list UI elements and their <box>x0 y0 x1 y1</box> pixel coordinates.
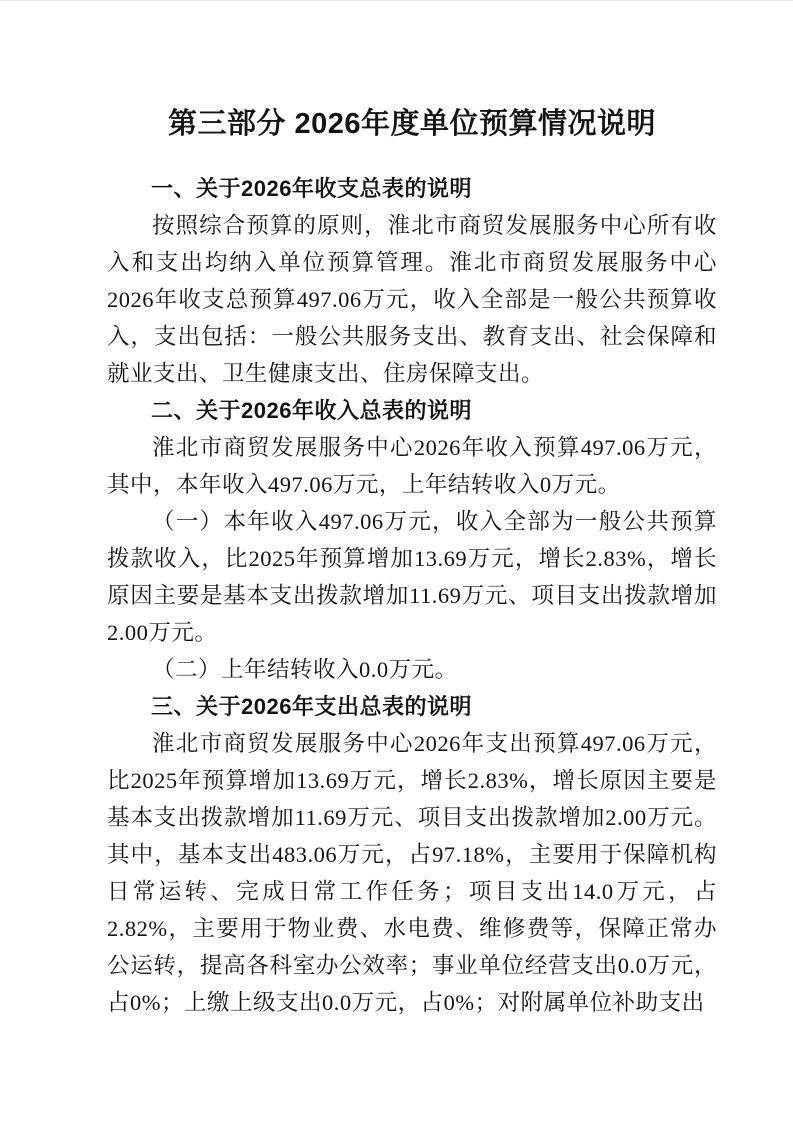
section-3-paragraph-1: 淮北市商贸发展服务中心2026年支出预算497.06万元，比2025年预算增加1… <box>107 725 717 1021</box>
document-page: 第三部分 2026年度单位预算情况说明 一、关于2026年收支总表的说明 按照综… <box>0 0 793 1122</box>
section-2-heading: 二、关于2026年收入总表的说明 <box>107 392 717 429</box>
section-income-expense-summary: 一、关于2026年收支总表的说明 按照综合预算的原则，淮北市商贸发展服务中心所有… <box>107 170 717 392</box>
section-income-summary: 二、关于2026年收入总表的说明 淮北市商贸发展服务中心2026年收入预算497… <box>107 392 717 688</box>
section-1-paragraph-1: 按照综合预算的原则，淮北市商贸发展服务中心所有收入和支出均纳入单位预算管理。淮北… <box>107 207 717 392</box>
section-2-paragraph-2: （一）本年收入497.06万元，收入全部为一般公共预算拨款收入，比2025年预算… <box>107 503 717 651</box>
section-2-paragraph-1: 淮北市商贸发展服务中心2026年收入预算497.06万元，其中，本年收入497.… <box>107 429 717 503</box>
section-expense-summary: 三、关于2026年支出总表的说明 淮北市商贸发展服务中心2026年支出预算497… <box>107 688 717 1021</box>
section-2-paragraph-3: （二）上年结转收入0.0万元。 <box>107 651 717 688</box>
section-3-heading: 三、关于2026年支出总表的说明 <box>107 688 717 725</box>
section-1-heading: 一、关于2026年收支总表的说明 <box>107 170 717 207</box>
document-title: 第三部分 2026年度单位预算情况说明 <box>107 104 717 144</box>
